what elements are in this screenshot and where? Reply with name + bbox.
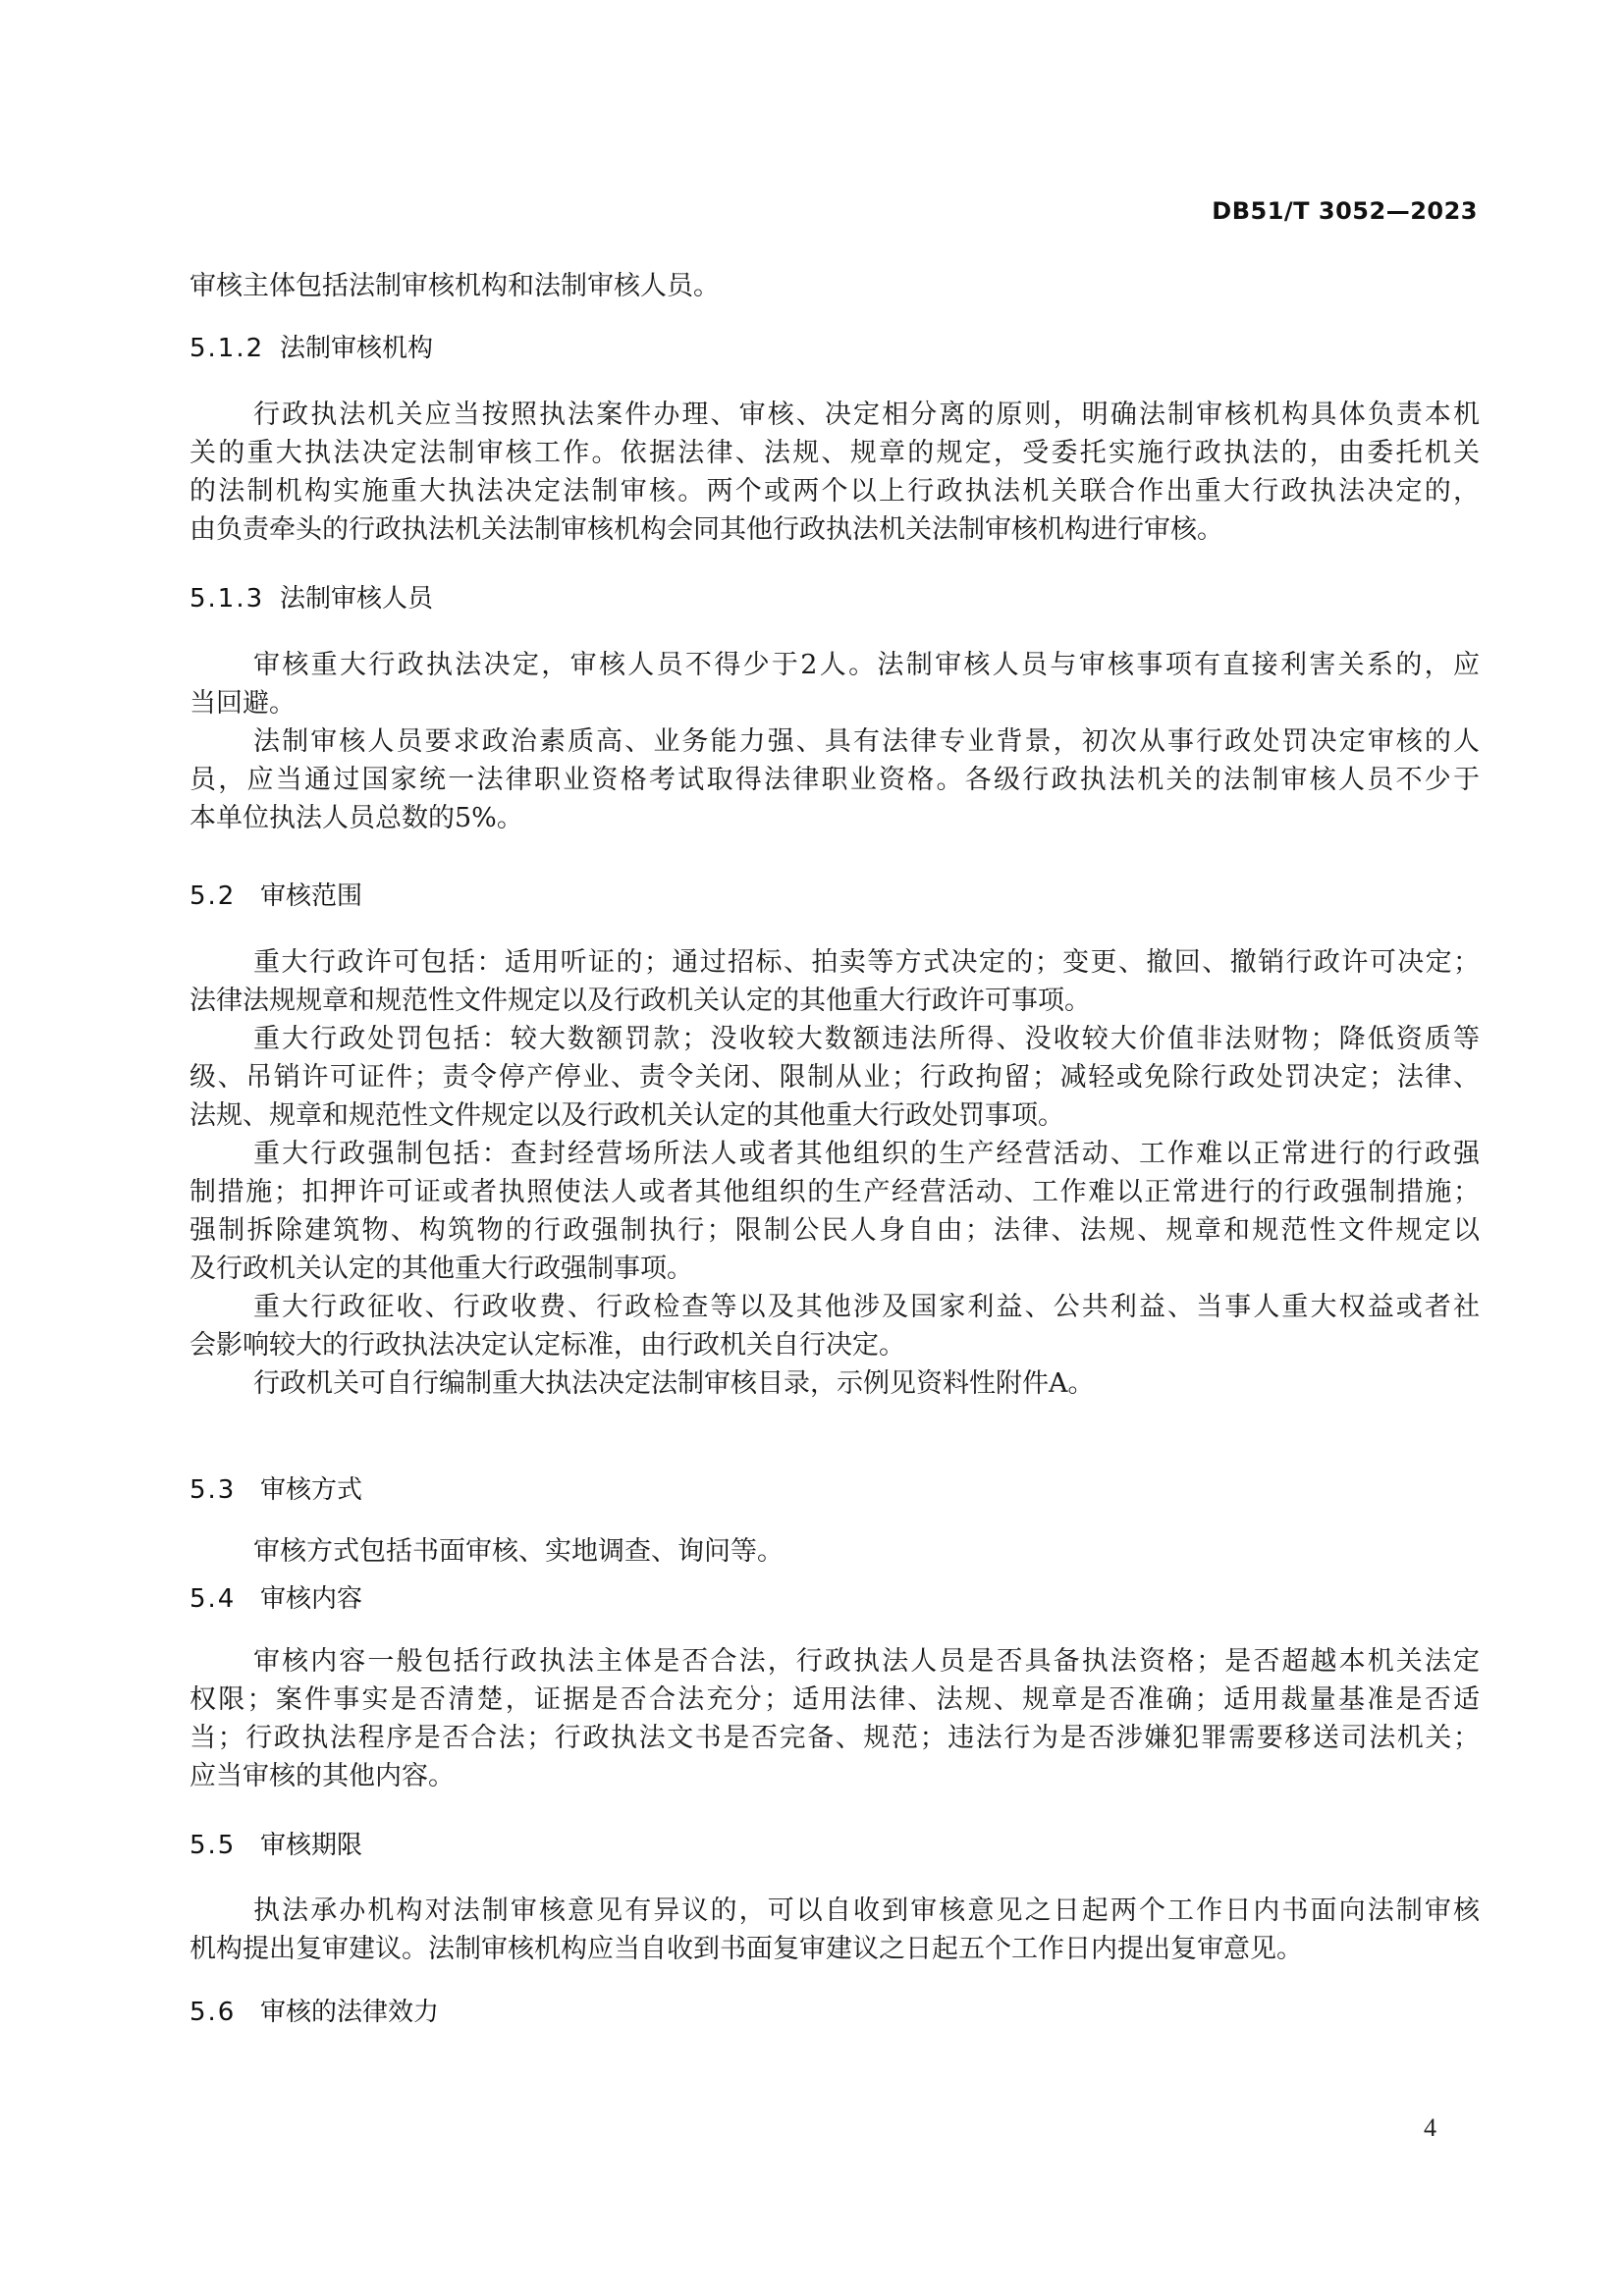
section-number: 5.1.3: [189, 580, 280, 618]
text-line: 当；行政执法程序是否合法；行政执法文书是否完备、规范；违法行为是否涉嫌犯罪需要移…: [189, 1719, 1480, 1757]
text-line: 执法承办机构对法制审核意见有异议的，可以自收到审核意见之日起两个工作日内书面向法…: [189, 1892, 1480, 1930]
section-number: 5.3: [189, 1471, 260, 1510]
paragraph-major-enforcement: 重大行政强制包括：查封经营场所法人或者其他组织的生产经营活动、工作难以正常进行的…: [189, 1135, 1480, 1288]
text-line: 权限；案件事实是否清楚，证据是否合法充分；适用法律、法规、规章是否准确；适用裁量…: [189, 1681, 1480, 1719]
text-line: 重大行政许可包括：适用听证的；通过招标、拍卖等方式决定的；变更、撤回、撤销行政许…: [189, 943, 1480, 982]
section-heading-5-6: 5.6审核的法律效力: [189, 1994, 1480, 2032]
text-line: 级、吊销许可证件；责令停产停业、责令关闭、限制从业；行政拘留；减轻或免除行政处罚…: [189, 1058, 1480, 1096]
section-heading-5-4: 5.4审核内容: [189, 1580, 1480, 1619]
paragraph-reviewer-count: 审核重大行政执法决定，审核人员不得少于2人。法制审核人员与审核事项有直接利害关系…: [189, 646, 1480, 722]
section-title: 法制审核人员: [280, 584, 433, 614]
section-number: 5.6: [189, 1994, 260, 2032]
text-line: 会影响较大的行政执法决定认定标准，由行政机关自行决定。: [189, 1326, 1480, 1364]
section-number: 5.4: [189, 1580, 260, 1619]
text-line: 审核主体包括法制审核机构和法制审核人员。: [189, 267, 1480, 305]
section-heading-5-1-3: 5.1.3法制审核人员: [189, 580, 1480, 618]
text-line: 本单位执法人员总数的5%。: [189, 799, 1480, 837]
text-line: 应当审核的其他内容。: [189, 1757, 1480, 1795]
document-code-header: DB51/T 3052—2023: [1212, 194, 1478, 228]
page-number: 4: [1424, 2110, 1436, 2146]
text-line: 关的重大执法决定法制审核工作。依据法律、法规、规章的规定，受委托实施行政执法的，…: [189, 434, 1480, 472]
text-line: 员，应当通过国家统一法律职业资格考试取得法律职业资格。各级行政执法机关的法制审核…: [189, 761, 1480, 799]
text-line: 法制审核人员要求政治素质高、业务能力强、具有法律专业背景，初次从事行政处罚决定审…: [189, 722, 1480, 761]
paragraph-review-catalog: 行政机关可自行编制重大执法决定法制审核目录，示例见资料性附件A。: [189, 1364, 1480, 1403]
section-heading-5-2: 5.2审核范围: [189, 878, 1480, 916]
paragraph-review-period: 执法承办机构对法制审核意见有异议的，可以自收到审核意见之日起两个工作日内书面向法…: [189, 1892, 1480, 1968]
paragraph-review-agency: 行政执法机关应当按照执法案件办理、审核、决定相分离的原则，明确法制审核机构具体负…: [189, 396, 1480, 549]
section-heading-5-5: 5.5审核期限: [189, 1827, 1480, 1865]
text-line: 及行政机关认定的其他重大行政强制事项。: [189, 1250, 1480, 1288]
paragraph-review-subject: 审核主体包括法制审核机构和法制审核人员。: [189, 267, 1480, 305]
document-page: DB51/T 3052—2023 审核主体包括法制审核机构和法制审核人员。 5.…: [0, 0, 1624, 2296]
section-title: 审核内容: [260, 1584, 362, 1614]
section-title: 审核方式: [260, 1475, 362, 1505]
text-line: 重大行政强制包括：查封经营场所法人或者其他组织的生产经营活动、工作难以正常进行的…: [189, 1135, 1480, 1173]
section-title: 审核范围: [260, 881, 362, 911]
text-line: 的法制机构实施重大执法决定法制审核。两个或两个以上行政执法机关联合作出重大行政执…: [189, 472, 1480, 510]
paragraph-major-collection: 重大行政征收、行政收费、行政检查等以及其他涉及国家利益、公共利益、当事人重大权益…: [189, 1288, 1480, 1364]
text-line: 机构提出复审建议。法制审核机构应当自收到书面复审建议之日起五个工作日内提出复审意…: [189, 1930, 1480, 1968]
text-line: 由负责牵头的行政执法机关法制审核机构会同其他行政执法机关法制审核机构进行审核。: [189, 510, 1480, 549]
section-number: 5.1.2: [189, 330, 280, 368]
section-title: 法制审核机构: [280, 334, 433, 363]
text-line: 审核内容一般包括行政执法主体是否合法，行政执法人员是否具备执法资格；是否超越本机…: [189, 1642, 1480, 1681]
text-line: 法规、规章和规范性文件规定以及行政机关认定的其他重大行政处罚事项。: [189, 1096, 1480, 1135]
section-number: 5.2: [189, 878, 260, 916]
section-title: 审核的法律效力: [260, 1998, 439, 2027]
text-line: 审核方式包括书面审核、实地调查、询问等。: [189, 1532, 1480, 1571]
paragraph-review-content: 审核内容一般包括行政执法主体是否合法，行政执法人员是否具备执法资格；是否超越本机…: [189, 1642, 1480, 1795]
section-number: 5.5: [189, 1827, 260, 1865]
paragraph-major-penalty: 重大行政处罚包括：较大数额罚款；没收较大数额违法所得、没收较大价值非法财物；降低…: [189, 1020, 1480, 1135]
text-line: 行政机关可自行编制重大执法决定法制审核目录，示例见资料性附件A。: [189, 1364, 1480, 1403]
text-line: 当回避。: [189, 684, 1480, 722]
paragraph-review-method: 审核方式包括书面审核、实地调查、询问等。: [189, 1532, 1480, 1571]
text-line: 重大行政处罚包括：较大数额罚款；没收较大数额违法所得、没收较大价值非法财物；降低…: [189, 1020, 1480, 1058]
text-line: 重大行政征收、行政收费、行政检查等以及其他涉及国家利益、公共利益、当事人重大权益…: [189, 1288, 1480, 1326]
text-line: 行政执法机关应当按照执法案件办理、审核、决定相分离的原则，明确法制审核机构具体负…: [189, 396, 1480, 434]
text-line: 强制拆除建筑物、构筑物的行政强制执行；限制公民人身自由；法律、法规、规章和规范性…: [189, 1211, 1480, 1250]
paragraph-reviewer-qualification: 法制审核人员要求政治素质高、业务能力强、具有法律专业背景，初次从事行政处罚决定审…: [189, 722, 1480, 837]
text-line: 法律法规规章和规范性文件规定以及行政机关认定的其他重大行政许可事项。: [189, 982, 1480, 1020]
text-line: 审核重大行政执法决定，审核人员不得少于2人。法制审核人员与审核事项有直接利害关系…: [189, 646, 1480, 684]
section-heading-5-1-2: 5.1.2法制审核机构: [189, 330, 1480, 368]
paragraph-major-license: 重大行政许可包括：适用听证的；通过招标、拍卖等方式决定的；变更、撤回、撤销行政许…: [189, 943, 1480, 1020]
section-title: 审核期限: [260, 1831, 362, 1860]
text-line: 制措施；扣押许可证或者执照使法人或者其他组织的生产经营活动、工作难以正常进行的行…: [189, 1173, 1480, 1211]
section-heading-5-3: 5.3审核方式: [189, 1471, 1480, 1510]
